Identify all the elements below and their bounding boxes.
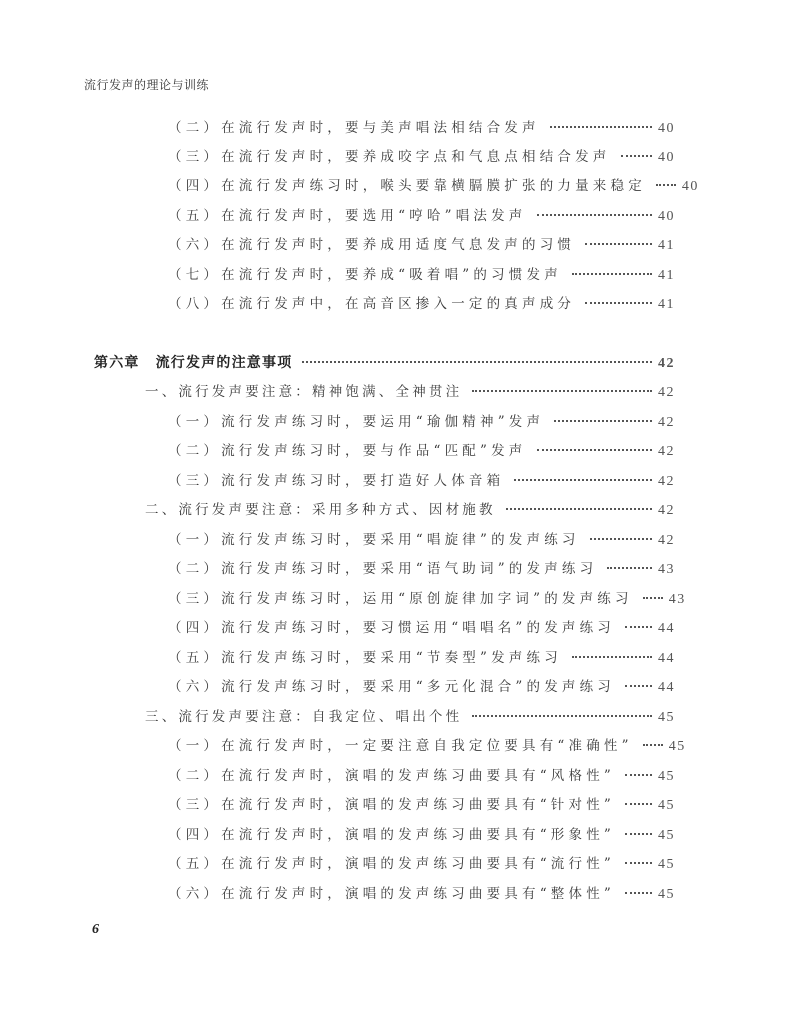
toc-entry-title: （五）流行发声练习时，要采用“节奏型”发声练习 <box>168 647 562 669</box>
toc-entry-title: （二）在流行发声时，演唱的发声练习曲要具有“风格性” <box>168 765 615 787</box>
dot-leader <box>625 833 652 835</box>
toc-entry[interactable]: （一）在流行发声时，一定要注意自我定位要具有“准确性” 45 <box>168 735 675 757</box>
toc-entry-title: （四）流行发声练习时，要习惯运用“唱唱名”的发声练习 <box>168 617 615 639</box>
toc-entry[interactable]: （二）在流行发声时，要与美声唱法相结合发声 40 <box>168 117 675 139</box>
toc-entry-page: 40 <box>658 118 675 140</box>
toc-entry[interactable]: （三）在流行发声时，要养成咬字点和气息点相结合发声 40 <box>168 146 675 168</box>
toc-entry-page: 43 <box>669 589 686 611</box>
toc-entry-page: 45 <box>658 795 675 817</box>
dot-leader <box>607 567 652 569</box>
dot-leader <box>643 744 663 746</box>
toc-entry-page: 45 <box>658 766 675 788</box>
toc-entry-title: （一）在流行发声时，一定要注意自我定位要具有“准确性” <box>168 735 633 757</box>
toc-entry-title: （六）流行发声练习时，要采用“多元化混合”的发声练习 <box>168 676 615 698</box>
dot-leader <box>554 420 652 422</box>
toc-entry[interactable]: （三）流行发声练习时，要打造好人体音箱 42 <box>168 470 675 492</box>
dot-leader <box>656 184 676 186</box>
dot-leader <box>514 479 652 481</box>
toc-entry-page: 40 <box>658 206 675 228</box>
toc-entry-page: 40 <box>682 176 699 198</box>
toc-entry-title: （三）在流行发声时，要养成咬字点和气息点相结合发声 <box>168 146 611 168</box>
toc-entry[interactable]: （二）流行发声练习时，要与作品“匹配”发声 42 <box>168 440 675 462</box>
toc-entry-page: 40 <box>658 147 675 169</box>
dot-leader <box>625 774 652 776</box>
toc-entry[interactable]: （三）在流行发声时，演唱的发声练习曲要具有“针对性” 45 <box>168 794 675 816</box>
dot-leader <box>625 685 652 687</box>
toc-entry-page: 45 <box>658 884 675 906</box>
toc-entry-title: （六）在流行发声时，要养成用适度气息发声的习惯 <box>168 234 575 256</box>
toc-entry-title: （三）流行发声练习时，运用“原创旋律加字词”的发声练习 <box>168 588 633 610</box>
toc-entry-page: 43 <box>658 559 675 581</box>
toc-entry-page: 44 <box>658 618 675 640</box>
toc-entry-title: （七）在流行发声时，要养成“吸着唱”的习惯发声 <box>168 264 562 286</box>
toc-section-title: 三、流行发声要注意：自我定位、唱出个性 <box>145 706 462 728</box>
page-number: 6 <box>92 922 99 938</box>
dot-leader <box>572 273 652 275</box>
toc-entry[interactable]: （五）在流行发声时，要选用“哼哈”唱法发声 40 <box>168 205 675 227</box>
dot-leader <box>625 862 652 864</box>
dot-leader <box>643 597 663 599</box>
dot-leader <box>472 715 652 717</box>
toc-entry-title: （八）在流行发声中，在高音区掺入一定的真声成分 <box>168 293 575 315</box>
toc-entry[interactable]: （一）流行发声练习时，要采用“唱旋律”的发声练习 42 <box>168 529 675 551</box>
chapter-number: 第六章流行发声的注意事项 <box>94 352 292 374</box>
dot-leader <box>302 361 652 363</box>
toc-entry-page: 42 <box>658 500 675 522</box>
dot-leader <box>590 538 652 540</box>
dot-leader <box>506 508 652 510</box>
toc-entry-page: 44 <box>658 677 675 699</box>
toc-entry-title: （一）流行发声练习时，要采用“唱旋律”的发声练习 <box>168 529 580 551</box>
toc-entry[interactable]: （六）流行发声练习时，要采用“多元化混合”的发声练习 44 <box>168 676 675 698</box>
toc-entry-page: 42 <box>658 353 675 375</box>
toc-entry-page: 42 <box>658 382 675 404</box>
toc-entry-title: （二）流行发声练习时，要与作品“匹配”发声 <box>168 440 527 462</box>
toc-entry-page: 45 <box>658 854 675 876</box>
toc-chapter-entry[interactable]: 第六章流行发声的注意事项 42 <box>94 352 675 374</box>
toc-entry[interactable]: （八）在流行发声中，在高音区掺入一定的真声成分 41 <box>168 293 675 315</box>
running-header: 流行发声的理论与训练 <box>84 76 209 93</box>
toc-entry[interactable]: （五）在流行发声时，演唱的发声练习曲要具有“流行性” 45 <box>168 853 675 875</box>
dot-leader <box>621 155 653 157</box>
toc-entry[interactable]: （三）流行发声练习时，运用“原创旋律加字词”的发声练习 43 <box>168 588 675 610</box>
toc-entry-title: （四）在流行发声练习时，喉头要靠横膈膜扩张的力量来稳定 <box>168 175 646 197</box>
toc-entry-page: 41 <box>658 265 675 287</box>
toc-entry[interactable]: （六）在流行发声时，要养成用适度气息发声的习惯 41 <box>168 234 675 256</box>
toc-entry[interactable]: （二）在流行发声时，演唱的发声练习曲要具有“风格性” 45 <box>168 765 675 787</box>
toc-entry[interactable]: （一）流行发声练习时，要运用“瑜伽精神”发声 42 <box>168 411 675 433</box>
toc-entry-title: （三）流行发声练习时，要打造好人体音箱 <box>168 470 504 492</box>
dot-leader <box>625 892 652 894</box>
toc-entry-page: 45 <box>658 707 675 729</box>
dot-leader <box>537 449 652 451</box>
toc-entry-page: 41 <box>658 294 675 316</box>
toc-entry[interactable]: （五）流行发声练习时，要采用“节奏型”发声练习 44 <box>168 647 675 669</box>
toc-entry-title: （五）在流行发声时，演唱的发声练习曲要具有“流行性” <box>168 853 615 875</box>
dot-leader <box>537 214 652 216</box>
toc-entry-page: 42 <box>658 471 675 493</box>
toc-entry-page: 42 <box>658 441 675 463</box>
toc-entry[interactable]: （四）在流行发声时，演唱的发声练习曲要具有“形象性” 45 <box>168 824 675 846</box>
toc-section-entry[interactable]: 一、流行发声要注意：精神饱满、全神贯注 42 <box>145 381 675 403</box>
toc-entry[interactable]: （四）在流行发声练习时，喉头要靠横膈膜扩张的力量来稳定 40 <box>168 175 675 197</box>
dot-leader <box>472 390 652 392</box>
dot-leader <box>625 626 652 628</box>
toc-entry-page: 44 <box>658 648 675 670</box>
toc-entry-page: 42 <box>658 530 675 552</box>
dot-leader <box>585 243 652 245</box>
chapter-number-label: 第六章 <box>94 355 140 371</box>
toc-entry-page: 45 <box>658 825 675 847</box>
dot-leader <box>585 302 652 304</box>
toc-entry-page: 42 <box>658 412 675 434</box>
dot-leader <box>572 656 652 658</box>
dot-leader <box>625 803 652 805</box>
toc-entry[interactable]: （二）流行发声练习时，要采用“语气助词”的发声练习 43 <box>168 558 675 580</box>
toc-entry[interactable]: （六）在流行发声时，演唱的发声练习曲要具有“整体性” 45 <box>168 883 675 905</box>
toc-entry-page: 45 <box>669 736 686 758</box>
toc-entry-title: （六）在流行发声时，演唱的发声练习曲要具有“整体性” <box>168 883 615 905</box>
toc-section-entry[interactable]: 三、流行发声要注意：自我定位、唱出个性 45 <box>145 706 675 728</box>
toc-entry[interactable]: （七）在流行发声时，要养成“吸着唱”的习惯发声 41 <box>168 264 675 286</box>
toc-entry-title: （四）在流行发声时，演唱的发声练习曲要具有“形象性” <box>168 824 615 846</box>
toc-entry-title: （二）流行发声练习时，要采用“语气助词”的发声练习 <box>168 558 597 580</box>
toc-entry[interactable]: （四）流行发声练习时，要习惯运用“唱唱名”的发声练习 44 <box>168 617 675 639</box>
toc-section-title: 二、流行发声要注意：采用多种方式、因材施教 <box>145 499 496 521</box>
dot-leader <box>550 126 652 128</box>
chapter-title: 流行发声的注意事项 <box>156 355 293 371</box>
toc-entry-page: 41 <box>658 235 675 257</box>
toc-entry-title: （二）在流行发声时，要与美声唱法相结合发声 <box>168 117 540 139</box>
toc-entry-title: （五）在流行发声时，要选用“哼哈”唱法发声 <box>168 205 527 227</box>
toc-entry-title: （一）流行发声练习时，要运用“瑜伽精神”发声 <box>168 411 544 433</box>
toc-entry-title: （三）在流行发声时，演唱的发声练习曲要具有“针对性” <box>168 794 615 816</box>
toc-section-entry[interactable]: 二、流行发声要注意：采用多种方式、因材施教 42 <box>145 499 675 521</box>
toc-section-title: 一、流行发声要注意：精神饱满、全神贯注 <box>145 381 462 403</box>
